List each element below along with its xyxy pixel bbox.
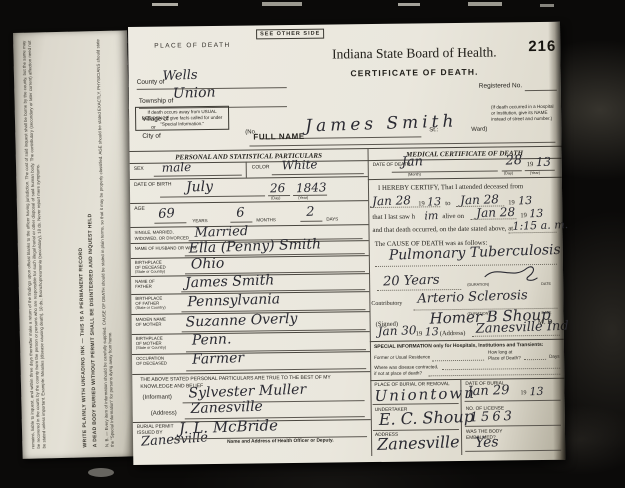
death-day-value: 28 [505, 153, 522, 169]
informant-address-value: Zanesville [190, 399, 263, 417]
township-label: Township of [139, 97, 173, 104]
color-label: COLOR [252, 164, 270, 170]
license-no-value: 1563 [470, 409, 516, 425]
signed-address-value: Zanesville Ind [475, 319, 568, 337]
registered-no-label: Registered No. [479, 82, 522, 90]
rule [472, 335, 560, 337]
cause-duration-value: 20 Years [383, 273, 440, 290]
death-year-printed: 19 [527, 161, 534, 168]
township-value: Union [173, 84, 216, 101]
place-of-burial-value: Uniontown [374, 384, 476, 405]
see-other-side-tag: SEE OTHER SIDE [256, 29, 324, 40]
age-days-value: 2 [306, 205, 315, 220]
month-sublabel: (Month) [408, 172, 421, 176]
rule [509, 232, 557, 234]
city-label: City of [142, 133, 161, 140]
burial-year-value: 13 [529, 385, 543, 398]
signed-address-label: (Address) [440, 330, 466, 337]
age-years-value: 69 [158, 206, 175, 222]
certificate-title: CERTIFICATE OF DEATH. [325, 66, 505, 78]
state-country-sublabel: (State or Country) [135, 270, 165, 274]
birth-day-value: 26 [270, 181, 286, 195]
photo-speck [398, 3, 420, 6]
rule [428, 374, 560, 377]
rule [154, 222, 186, 223]
burial-year-printed: 19 [520, 390, 526, 396]
date-of-birth-label: DATE OF BIRTH [134, 181, 172, 187]
contributory-value: Arterio Sclerosis [417, 288, 528, 307]
special-information-title: SPECIAL INFORMATION only for Hospitals, … [374, 342, 544, 350]
sex-label: SEX [134, 166, 144, 172]
ward-label: Ward) [471, 127, 487, 133]
divider [130, 224, 368, 228]
embalmed-value: Yes [475, 434, 499, 451]
certificate-left-margin: remains, liable to inquest, and within t… [13, 30, 137, 458]
how-long-label: How long at [488, 349, 512, 354]
rule [373, 403, 459, 405]
to-label: to [445, 200, 450, 207]
rule [465, 425, 561, 427]
occupation-value: Farmer [192, 350, 245, 368]
signed-year-printed: 19 [416, 330, 423, 337]
former-residence-label: Former or Usual Residence [374, 354, 430, 360]
day-sublabel: (Day) [271, 196, 280, 200]
full-name-label: FULL NAME [253, 132, 305, 142]
rule [160, 195, 265, 197]
divider [132, 351, 370, 355]
birthplace-deceased-value: Ohio [191, 255, 225, 272]
year-sublabel: (Year) [530, 171, 540, 175]
document-number: 216 [528, 38, 556, 55]
rule [525, 90, 557, 91]
state-country-sublabel: (State or Country) [135, 306, 165, 310]
death-occurred-text: and that death occurred, on the date sta… [372, 225, 513, 234]
informant-label: (Informant) [142, 394, 171, 400]
photo-speck [152, 3, 178, 6]
year-sublabel: (Year) [298, 196, 308, 200]
photo-speck [540, 4, 554, 7]
date-sublabel: DATE [541, 282, 551, 286]
days-label: DAYS [326, 216, 338, 221]
rule [272, 173, 364, 175]
day-sublabel: (Day) [504, 171, 513, 175]
birth-year-value: 1843 [296, 180, 327, 195]
photo-speck [88, 468, 114, 477]
rule [524, 359, 546, 360]
father-name-value: James Smith [185, 272, 275, 291]
divider [370, 378, 564, 381]
contributory-label: Contributory [371, 301, 402, 307]
duration-sublabel: (DURATION) [467, 283, 489, 287]
place-of-death-label: PLACE OF DEATH [154, 42, 231, 50]
board-title: Indiana State Board of Health. [324, 44, 504, 62]
divider [130, 176, 368, 180]
burial-permit-label: BURIAL PERMIT [137, 424, 174, 429]
marital-label-2: WIDOWED, OR DIVORCED [135, 235, 189, 241]
rule [432, 360, 484, 362]
rule [154, 175, 242, 177]
death-year-value: 13 [535, 155, 551, 169]
father-name-label-2: FATHER [135, 284, 152, 289]
how-long-label-2: Place of Death? [488, 355, 521, 360]
marital-label: SINGLE, MARRIED, [134, 229, 173, 234]
days-label: Days [549, 354, 560, 359]
last-saw-text: that I last saw h [372, 214, 415, 222]
hospital-note: (If death occurred in a Hospital or Inst… [491, 104, 557, 123]
photo-speck [262, 2, 302, 6]
rule [465, 400, 561, 402]
age-months-value: 6 [236, 206, 245, 221]
birth-month-value: July [186, 179, 214, 196]
divider [130, 200, 368, 204]
undertaker-value: E. C. Shoup [379, 407, 475, 429]
rule [300, 221, 322, 222]
divider [368, 177, 562, 180]
color-value: White [281, 157, 317, 172]
county-label: County of [137, 79, 165, 86]
mother-maiden-value: Suzanne Overly [185, 311, 297, 331]
burial-permit-place: Zanesville [141, 430, 209, 449]
date-of-burial-value: Jan 29 [467, 383, 509, 399]
occupation-label-2: OF DECEASED [136, 361, 167, 366]
health-officer-note: Name and Address of Health Officer or De… [227, 439, 334, 445]
undertaker-address-value: Zanesville [377, 432, 460, 454]
age-label: AGE [134, 206, 145, 212]
attended-to-year: 13 [518, 194, 532, 207]
birthplace-father-value: Pennsylvania [187, 291, 280, 310]
sex-value: male [161, 160, 191, 175]
usual-residence-note: If death occurs away from USUAL RESIDENC… [135, 106, 229, 131]
divider [131, 255, 369, 259]
certify-text: I HEREBY CERTIFY, That I attended deceas… [378, 183, 523, 192]
last-saw-year-printed: 19 [520, 212, 527, 219]
years-label: YEARS [192, 218, 207, 223]
photo-speck [468, 2, 502, 6]
spouse-label: NAME OF HUSBAND OR WIFE [135, 245, 196, 251]
rule [465, 450, 561, 452]
divider [132, 331, 370, 335]
informant-address-label: (Address) [151, 410, 177, 416]
state-country-sublabel: (State or Country) [136, 346, 166, 350]
death-certificate: PLACE OF DEATH SEE OTHER SIDE Indiana St… [128, 22, 565, 465]
mother-maiden-label-2: OF MOTHER [136, 322, 162, 327]
last-saw-him: im [424, 209, 438, 222]
where-contracted-label: Where was disease contracted, [374, 364, 438, 370]
signed-year-value: 13 [425, 325, 439, 338]
rule [442, 368, 560, 370]
alive-on-text: alive on [442, 213, 464, 220]
months-label: MONTHS [256, 217, 276, 222]
birthplace-mother-value: Penn. [192, 331, 232, 348]
cell-divider [246, 162, 247, 178]
death-month-value: Jan [401, 154, 423, 170]
margin-instruction-nb: N. B. — Every item of information should… [95, 39, 128, 447]
rule [373, 429, 459, 431]
rule [230, 221, 252, 222]
where-contracted-label-2: if not at place of death? [374, 370, 422, 376]
death-time-value: 1:15 a. m. [512, 218, 568, 233]
signed-date-value: Jan 30 [378, 323, 417, 338]
margin-instructions-outer: remains, liable to inquest, and within t… [21, 40, 76, 449]
county-value: Wells [162, 68, 197, 84]
